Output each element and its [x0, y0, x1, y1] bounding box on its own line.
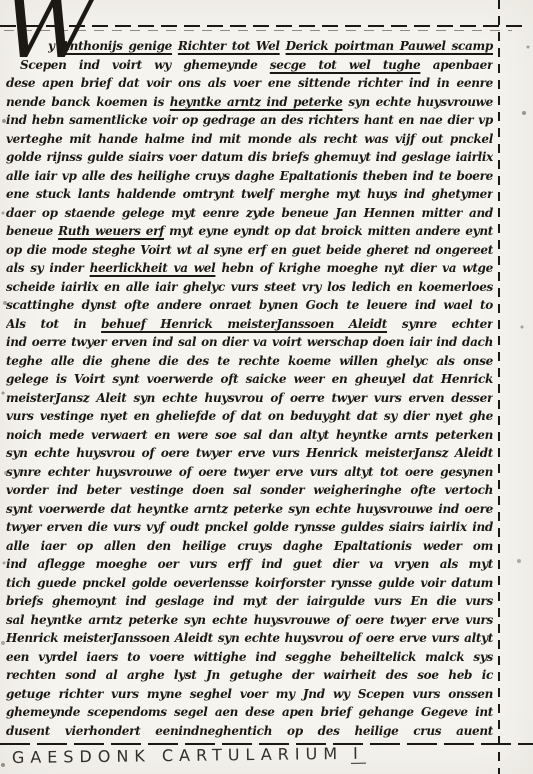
manuscript-line: ind oerre twyer erven ind sal on dier va… [6, 333, 493, 352]
manuscript-line: daer op staende gelege myt eenre zyde be… [6, 204, 493, 223]
manuscript-line: ghemeynde scependoms segel aen dese apen… [6, 703, 493, 722]
manuscript-line: beneue Ruth weuers erf myt eyne eyndt op… [6, 222, 493, 241]
manuscript-line: y Anthonijs genige Richter tot Wel Deric… [48, 37, 493, 56]
scan-noise-specks [0, 0, 2, 2]
manuscript-line: scattinghe dynst ofte andere onraet byne… [6, 296, 493, 315]
manuscript-line: nende banck koemen is heyntke arntz ind … [6, 93, 493, 112]
manuscript-line: syn echte huysvrou of oere twyer erve vu… [6, 444, 493, 463]
manuscript-line: teghe alle die ghene die des te rechte k… [6, 352, 493, 371]
archive-caption: GAESDONK CARTULARIUMI [12, 744, 366, 767]
manuscript-line: sal heyntke arntz peterke syn echte huys… [6, 611, 493, 630]
manuscript-line: vurs vestinge nyet en gheliefde of dat o… [6, 407, 493, 426]
manuscript-line: een vyrdel iaers to voere wittighe ind s… [6, 648, 493, 667]
manuscript-line: briefs ghemoynt ind geslage ind myt der … [6, 592, 493, 611]
archive-caption-title: GAESDONK CARTULARIUM [12, 744, 343, 767]
manuscript-line: dusent vierhondert eenindneghentich op d… [6, 722, 493, 741]
manuscript-line: twyer erven die vurs vyf oudt pnckel gol… [6, 518, 493, 537]
manuscript-line: Als tot in behuef Henrick meisterJanssoe… [6, 315, 493, 334]
manuscript-line: rechten sond al arghe lyst Jn getughe de… [6, 666, 493, 685]
manuscript-line: op die mode steghe Voirt wt al syne erf … [6, 241, 493, 260]
manuscript-line: ene stuck lants haldende omtrynt twelf m… [6, 185, 493, 204]
manuscript-line: Scepen ind voirt wy ghemeynde secge tot … [20, 56, 493, 75]
archive-caption-volume: I [351, 744, 366, 764]
manuscript-line: Henrick meisterJanssoen Aleidt syn echte… [6, 629, 493, 648]
manuscript-line: meisterJansz Aleit syn echte huysvrou of… [6, 389, 493, 408]
manuscript-line: synre echter huysvrouwe of oere twyer er… [6, 463, 493, 482]
manuscript-text: y Anthonijs genige Richter tot Wel Deric… [6, 37, 493, 740]
manuscript-line: getuge richter vurs myne seghel voer my … [6, 685, 493, 704]
manuscript-page: W y Anthonijs genige Richter tot Wel Der… [0, 0, 533, 774]
right-margin-ruling-line [498, 0, 500, 774]
manuscript-line: als sy inder heerlickheit va wel hebn of… [6, 259, 493, 278]
manuscript-line: golde rijnss gulde siairs voer datum dis… [6, 148, 493, 167]
manuscript-line: noich mede verwaert en were soe sal dan … [6, 426, 493, 445]
manuscript-line: ind hebn samentlicke voir op gedrage an … [6, 111, 493, 130]
manuscript-line: synt voerwerde dat heyntke arntz peterke… [6, 500, 493, 519]
manuscript-line: dese apen brief dat voir ons als voer en… [6, 74, 493, 93]
manuscript-line: ind aflegge moeghe oer vurs erff ind gue… [6, 555, 493, 574]
manuscript-line: vorder ind beter vestinge doen sal sonde… [6, 481, 493, 500]
manuscript-line: tich guede pnckel golde oeverlensse koir… [6, 574, 493, 593]
manuscript-line: gelege is Voirt synt voerwerde oft saick… [6, 370, 493, 389]
manuscript-line: alle iair vp alle des heilighe cruys dag… [6, 167, 493, 186]
manuscript-line: verteghe mit hande halme ind mit monde a… [6, 130, 493, 149]
manuscript-line: alle iaer op allen den heilige cruys dag… [6, 537, 493, 556]
manuscript-line: scheide iairlix en alle iair ghelyc vurs… [6, 278, 493, 297]
